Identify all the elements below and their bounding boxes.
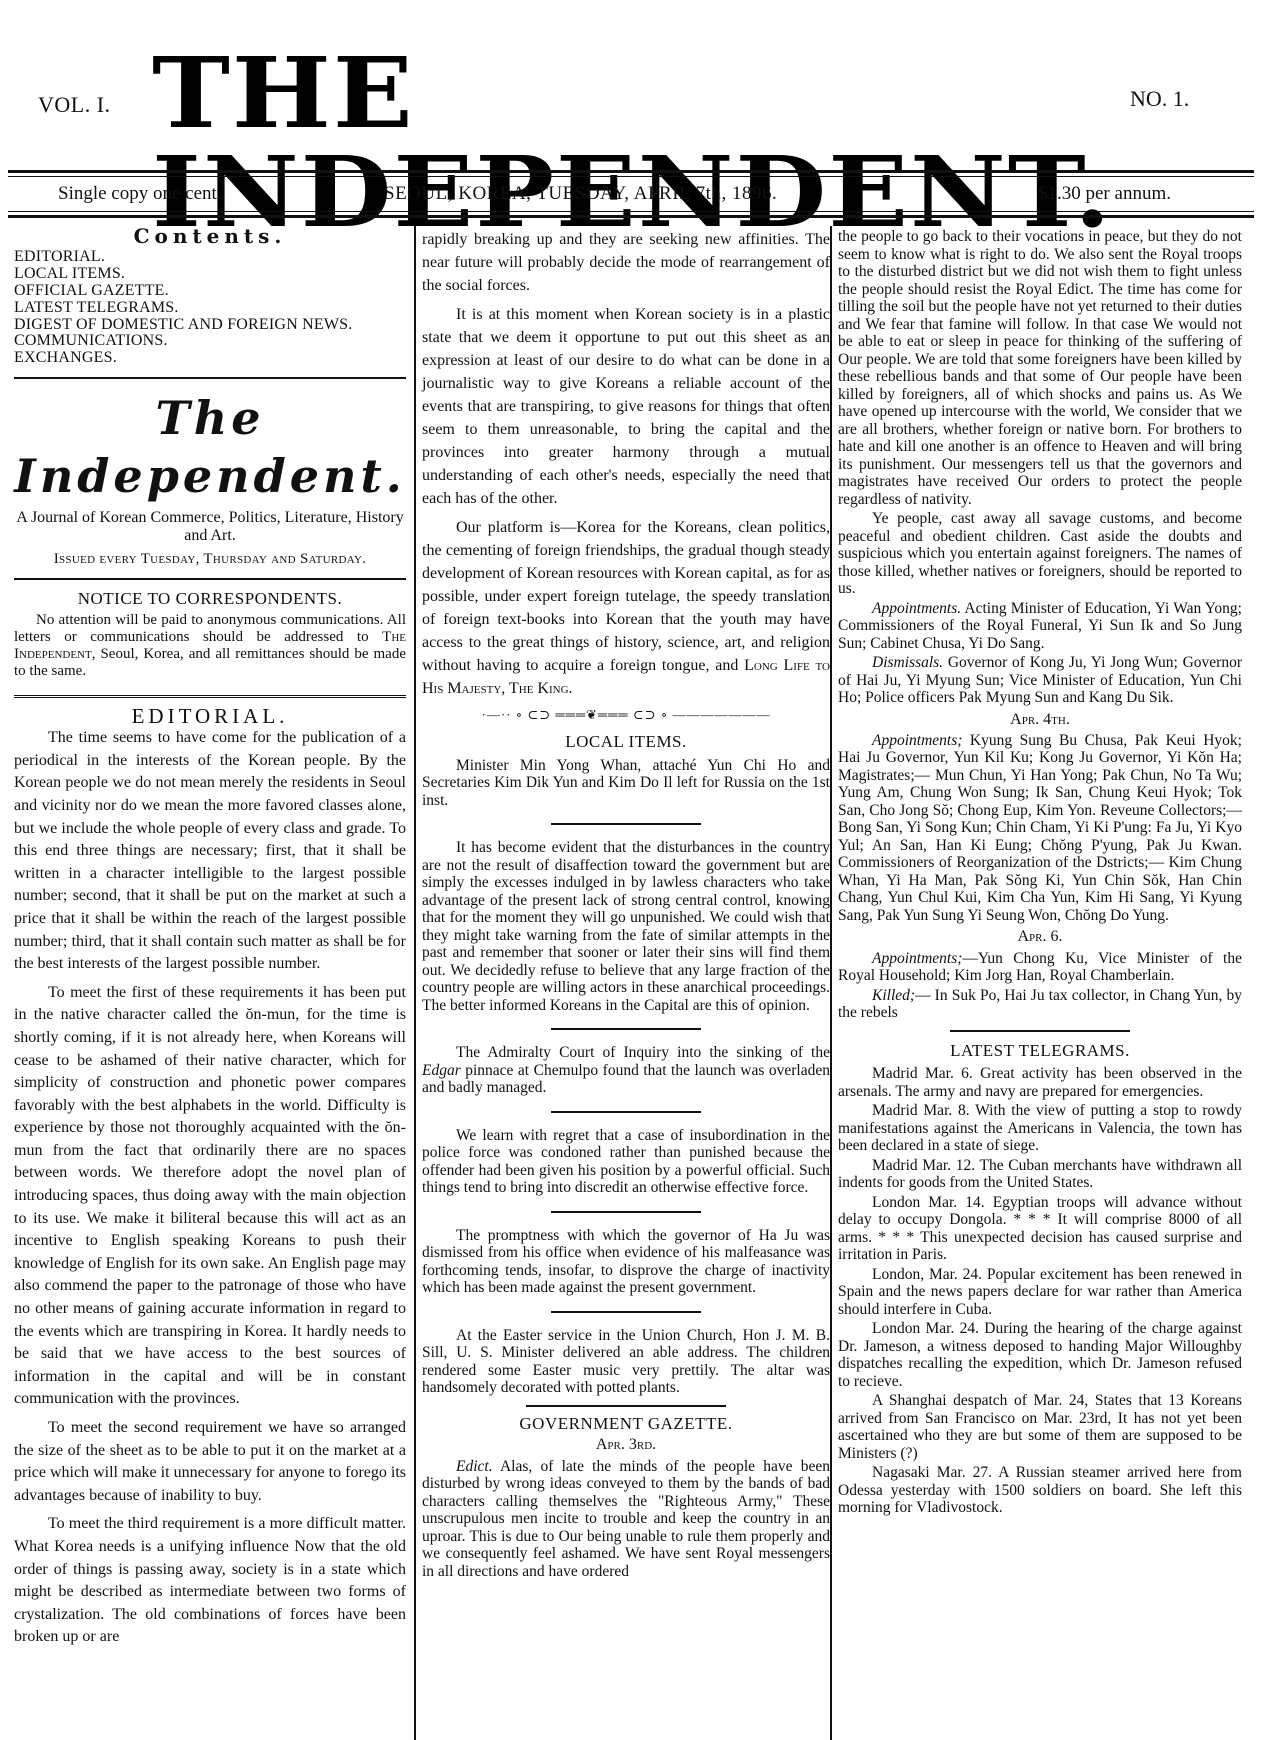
column-3: the people to go back to their vocations… <box>830 226 1242 1740</box>
contents-list: EDITORIAL. LOCAL ITEMS. OFFICIAL GAZETTE… <box>14 249 406 367</box>
publication-schedule: Issued every Tuesday, Thursday and Satur… <box>14 551 406 568</box>
contents-item: LOCAL ITEMS. <box>14 266 406 283</box>
gazette-killed: Killed;— In Suk Po, Hai Ju tax collector… <box>838 987 1242 1022</box>
telegram-item: Madrid Mar. 12. The Cuban merchants have… <box>838 1157 1242 1192</box>
gazette-dismissals: Dismissals. Governor of Kong Ju, Yi Jong… <box>838 654 1242 707</box>
editorial-paragraph: To meet the third requirement is a more … <box>14 1513 406 1649</box>
gazette-appointments: Appointments. Acting Minister of Educati… <box>838 600 1242 653</box>
gazette-date: Apr. 3rd. <box>422 1436 830 1453</box>
gazette-heading: GOVERNMENT GAZETTE. <box>422 1415 830 1432</box>
telegram-item: London Mar. 14. Egyptian troops will adv… <box>838 1194 1242 1264</box>
appointments-label: Appointments. <box>872 600 961 617</box>
notice-heading: NOTICE TO CORRESPONDENTS. <box>14 590 406 607</box>
place-and-date: SEOUL, KOREA, TUESDAY, APRIL 7th, 1896. <box>384 183 777 205</box>
editorial-paragraph: To meet the first of these requirements … <box>14 982 406 1411</box>
masthead: VOL. I. THE INDEPENDENT. NO. 1. <box>0 0 1278 170</box>
local-item: At the Easter service in the Union Churc… <box>422 1327 830 1397</box>
divider <box>551 823 701 825</box>
gazette-date: Apr. 4th. <box>838 711 1242 728</box>
divider <box>950 1030 1130 1032</box>
double-divider <box>14 695 406 698</box>
local-items-heading: LOCAL ITEMS. <box>422 733 830 750</box>
ornamental-divider-icon: ·—·· ∘ ⊂⊃ ═══❦═══ ⊂⊃ ∘ ——————— <box>422 706 830 723</box>
local-item: It has become evident that the disturban… <box>422 839 830 1014</box>
gazette-appointments: Appointments; Kyung Sung Bu Chusa, Pak K… <box>838 732 1242 925</box>
nameplate-subtitle: A Journal of Korean Commerce, Politics, … <box>14 509 406 545</box>
annual-price: $1.30 per annum. <box>1038 183 1171 205</box>
editorial-text: Our platform is—Korea for the Koreans, c… <box>422 519 830 674</box>
issue-number: NO. 1. <box>1130 86 1189 112</box>
column-1: Contents. EDITORIAL. LOCAL ITEMS. OFFICI… <box>14 222 406 1740</box>
dateline-bar: Single copy one cent. SEOUL, KOREA, TUES… <box>8 170 1254 218</box>
contents-item: EXCHANGES. <box>14 350 406 367</box>
edict-label: Edict. <box>456 1458 493 1475</box>
appointments-label: Appointments; <box>872 732 962 749</box>
divider <box>14 578 406 580</box>
gazette-edict: Edict. Alas, of late the minds of the pe… <box>422 1458 830 1581</box>
editorial-paragraph: Our platform is—Korea for the Koreans, c… <box>422 516 830 700</box>
divider <box>551 1028 701 1030</box>
gazette-appointments: Appointments;—Yun Chong Ku, Vice Ministe… <box>838 950 1242 985</box>
editorial-paragraph: It is at this moment when Korean society… <box>422 303 830 510</box>
single-copy-price: Single copy one cent. <box>58 183 222 205</box>
contents-item: DIGEST OF DOMESTIC AND FOREIGN NEWS. <box>14 317 406 334</box>
contents-heading: Contents. <box>14 228 406 245</box>
local-item: The Admiralty Court of Inquiry into the … <box>422 1044 830 1097</box>
local-item: Minister Min Yong Whan, attaché Yun Chi … <box>422 757 830 810</box>
divider <box>551 1211 701 1213</box>
contents-item: COMMUNICATIONS. <box>14 333 406 350</box>
divider <box>551 1311 701 1313</box>
telegram-item: A Shanghai despatch of Mar. 24, States t… <box>838 1392 1242 1462</box>
gazette-date: Apr. 6. <box>838 928 1242 945</box>
divider <box>526 1405 726 1407</box>
appointments-label: Appointments; <box>872 950 962 967</box>
editorial-heading: EDITORIAL. <box>14 708 406 725</box>
editorial-paragraph: The time seems to have come for the publ… <box>14 727 406 976</box>
notice-body: No attention will be paid to anonymous c… <box>14 612 406 680</box>
appointments-text: Kyung Sung Bu Chusa, Pak Keui Hyok; Hai … <box>838 732 1242 924</box>
local-item: We learn with regret that a case of insu… <box>422 1127 830 1197</box>
local-item-text: pinnace at Chemulpo found that the launc… <box>422 1062 830 1097</box>
contents-item: LATEST TELEGRAMS. <box>14 300 406 317</box>
telegram-item: Madrid Mar. 8. With the view of putting … <box>838 1102 1242 1155</box>
contents-item: EDITORIAL. <box>14 249 406 266</box>
ship-name: Edgar <box>422 1062 461 1079</box>
notice-text: No attention will be paid to anonymous c… <box>14 612 406 645</box>
local-item-text: The Admiralty Court of Inquiry into the … <box>456 1044 830 1061</box>
gazette-edict-continued: the people to go back to their vocations… <box>838 228 1242 508</box>
gazette-edict-continued: Ye people, cast away all savage customs,… <box>838 510 1242 598</box>
local-item: The promptness with which the governor o… <box>422 1227 830 1297</box>
divider <box>551 1111 701 1113</box>
edict-text: Alas, of late the minds of the people ha… <box>422 1458 830 1580</box>
telegrams-heading: LATEST TELEGRAMS. <box>838 1042 1242 1059</box>
telegram-item: London Mar. 24. During the hearing of th… <box>838 1320 1242 1390</box>
contents-item: OFFICIAL GAZETTE. <box>14 283 406 300</box>
telegram-item: London, Mar. 24. Popular excitement has … <box>838 1266 1242 1319</box>
volume-label: VOL. I. <box>38 92 111 118</box>
dismissals-label: Dismissals. <box>872 654 943 671</box>
telegram-item: Madrid Mar. 6. Great activity has been o… <box>838 1065 1242 1100</box>
editorial-paragraph: To meet the second requirement we have s… <box>14 1417 406 1507</box>
divider <box>14 377 406 379</box>
killed-label: Killed; <box>872 987 915 1004</box>
blackletter-nameplate: The Independent. <box>14 389 406 505</box>
telegram-item: Nagasaki Mar. 27. A Russian steamer arri… <box>838 1464 1242 1517</box>
column-2: rapidly breaking up and they are seeking… <box>414 226 830 1740</box>
editorial-paragraph: rapidly breaking up and they are seeking… <box>422 228 830 297</box>
